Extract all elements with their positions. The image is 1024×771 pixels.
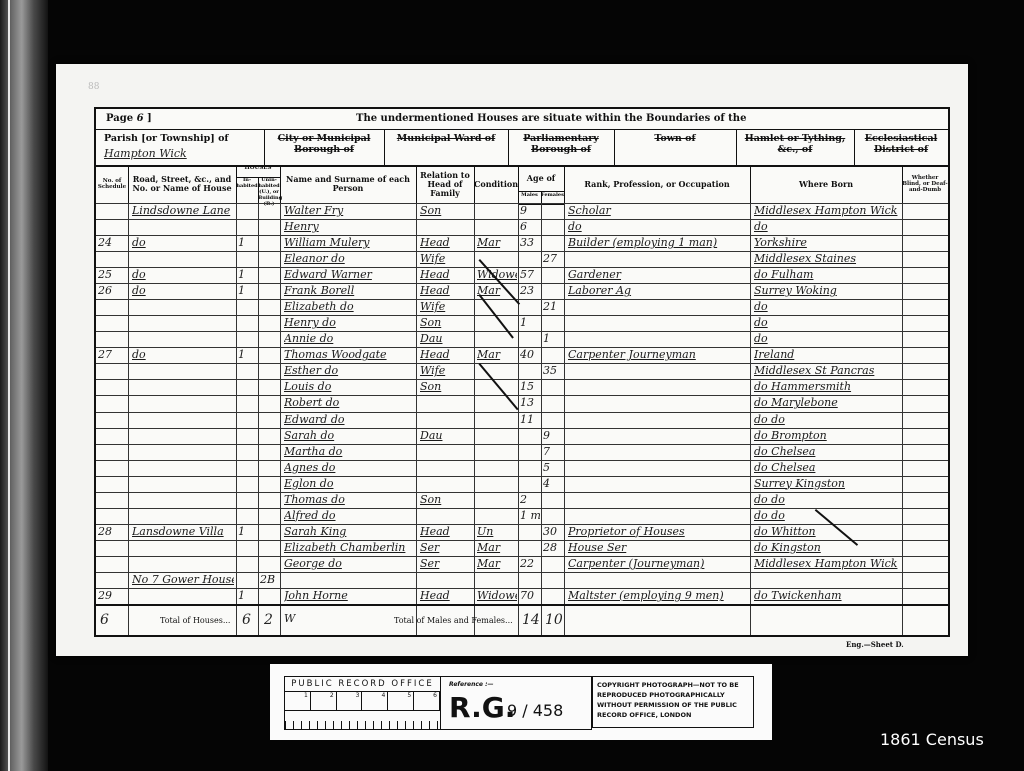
entry-relation: Son [420,204,472,217]
col-inhabited: In-habited [236,177,259,204]
entry-female: 27 [543,252,563,265]
col-condition: Condition [474,165,519,204]
entry-road: do [132,348,234,361]
entry-female: 28 [543,541,563,554]
entry-occupation: Maltster (employing 9 men) [568,589,748,602]
entry-born: Ireland [754,348,900,361]
entry-female: 21 [543,300,563,313]
entry-relation: Son [420,493,472,506]
boundaries-heading: The undermentioned Houses are situate wi… [356,113,746,124]
entry-schedule: 28 [98,525,126,538]
binding-edge [8,0,10,771]
entry-name: Henry [284,220,414,233]
entry-relation: Son [420,380,472,393]
image-caption: 1861 Census [880,730,984,749]
entry-name: Eglon do [284,477,414,490]
entry-name: Eleanor do [284,252,414,265]
copyright-notice: COPYRIGHT PHOTOGRAPH—NOT TO BE REPRODUCE… [592,676,754,728]
entry-born: do Chelsea [754,445,900,458]
col-blind: Whether Blind, or Deaf-and-Dumb [902,165,948,204]
entry-born: do do [754,493,900,506]
entry-female: 9 [543,429,563,442]
entry-inhabited: 1 [238,348,256,361]
entry-inhabited: 1 [238,525,256,538]
col-uninhabited: Unin-habited (U.), or Building (B.) [258,177,281,204]
entry-male: 40 [520,348,540,361]
entry-name: Annie do [284,332,414,345]
ruler-number: 2 [311,692,337,710]
ruler-number: 4 [362,692,388,710]
entry-born: do Chelsea [754,461,900,474]
entry-condition: Mar [477,541,517,554]
entry-inhabited: 1 [238,268,256,281]
pro-title: PUBLIC RECORD OFFICE [285,679,440,689]
entry-uninhabited: 2B [260,573,278,586]
entry-condition: Mar [477,236,517,249]
entry-female: 1 [543,332,563,345]
entry-relation: Dau [420,332,472,345]
entry-name: Henry do [284,316,414,329]
title-row: Page 6 ] The undermentioned Houses are s… [96,109,948,130]
entry-male: 22 [520,557,540,570]
entry-male: 13 [520,396,540,409]
entry-name: Elizabeth do [284,300,414,313]
entry-name: Thomas Woodgate [284,348,414,361]
reference-label: PUBLIC RECORD OFFICE 1 2 3 4 5 6 Referen… [270,664,772,740]
entry-name: John Horne [284,589,414,602]
city-cell: City or Municipal Borough of [264,129,385,165]
entry-born: do [754,300,900,313]
parish-value: Hampton Wick [104,147,187,160]
entry-male: 57 [520,268,540,281]
entry-road: do [132,268,234,281]
parliamentary-cell: Parliamentary Borough of [508,129,615,165]
total-schedule-mark: 6 [100,612,109,628]
entry-born: do Fulham [754,268,900,281]
entry-born: Middlesex Hampton Wick [754,557,900,570]
entry-born: Surrey Woking [754,284,900,297]
ruler-number: 1 [285,692,311,710]
entry-relation: Head [420,589,472,602]
entry-relation: Head [420,348,472,361]
entry-relation: Son [420,316,472,329]
total-building-mark: W [284,612,295,625]
town-cell: Town of [614,129,737,165]
entry-occupation: Builder (employing 1 man) [568,236,748,249]
entry-born: do Kingston [754,541,900,554]
entry-born: do Marylebone [754,396,900,409]
entry-condition: Widower [477,589,517,602]
entry-male: 11 [520,413,540,426]
entry-male: 6 [520,220,540,233]
entry-name: Edward do [284,413,414,426]
ruler-number: 5 [388,692,414,710]
entry-relation: Head [420,284,472,297]
entry-name: Agnes do [284,461,414,474]
entry-male: 15 [520,380,540,393]
entry-born: Middlesex Hampton Wick [754,204,900,217]
ruler-number: 6 [414,692,440,710]
totals-row: 6 Total of Houses... 6 2 W Total of Male… [96,604,948,637]
entry-born: do [754,220,900,233]
entry-relation: Head [420,268,472,281]
entry-born: Yorkshire [754,236,900,249]
total-houses-label: Total of Houses... [160,616,230,625]
col-relation: Relation to Head of Family [416,165,475,204]
total-females: 10 [545,612,563,628]
entry-name: Sarah King [284,525,414,538]
entry-born: Middlesex Staines [754,252,900,265]
col-schedule: No. of Schedule [96,165,129,204]
entry-born: Middlesex St Pancras [754,364,900,377]
reference-box: Reference :— R.G. 9 / 458 [440,676,592,730]
entry-schedule: 25 [98,268,126,281]
entry-occupation: Carpenter (Journeyman) [568,557,748,570]
city-label: City or Municipal Borough of [264,133,384,155]
entry-schedule: 24 [98,236,126,249]
entry-relation: Ser [420,541,472,554]
col-born: Where Born [750,165,903,204]
town-label: Town of [614,133,736,144]
parish-row: Parish [or Township] of Hampton Wick Cit… [96,129,948,167]
entry-relation: Head [420,525,472,538]
entry-schedule: 26 [98,284,126,297]
entry-relation: Wife [420,252,472,265]
entry-name: George do [284,557,414,570]
parish-cell: Parish [or Township] of Hampton Wick [96,129,265,165]
entry-born: do Brompton [754,429,900,442]
entry-male: 33 [520,236,540,249]
parliamentary-label: Parliamentary Borough of [508,133,614,155]
col-road: Road, Street, &c., and No. or Name of Ho… [128,165,237,204]
entry-inhabited: 1 [238,236,256,249]
entry-condition: Mar [477,348,517,361]
entry-female: 7 [543,445,563,458]
reference-piece: 9 / 458 [507,701,563,720]
entry-born: do Twickenham [754,589,900,602]
entry-road: No 7 Gower House [132,573,234,586]
col-age: Age of [518,165,565,192]
entry-road: Lansdowne Villa [132,525,234,538]
total-uninhabited: 2 [264,612,273,628]
entry-relation: Wife [420,300,472,313]
sheet-mark: Eng.—Sheet D. [846,640,904,649]
reference-prefix: Reference :— [449,681,493,688]
page-number: 6 [137,113,144,124]
hamlet-label: Hamlet or Tything, &c., of [736,133,854,155]
entry-name: Martha do [284,445,414,458]
entry-name: Louis do [284,380,414,393]
entry-relation: Dau [420,429,472,442]
entry-born: do [754,332,900,345]
entry-name: William Mulery [284,236,414,249]
ecclesiastical-label: Ecclesiastical District of [854,133,948,155]
entry-relation: Head [420,236,472,249]
entry-road: do [132,284,234,297]
entry-road: do [132,236,234,249]
entry-female: 30 [543,525,563,538]
entry-name: Alfred do [284,509,414,522]
entry-occupation: House Ser [568,541,748,554]
entry-born: do [754,316,900,329]
entry-condition: Mar [477,557,517,570]
census-entries: Lindsdowne LaneWalter FrySon9ScholarMidd… [96,203,948,604]
entry-male: 2 [520,493,540,506]
entry-occupation: Gardener [568,268,748,281]
parish-label: Parish [or Township] of [104,133,264,144]
entry-name: Edward Warner [284,268,414,281]
entry-born: do Whitton [754,525,900,538]
entry-name: Esther do [284,364,414,377]
entry-male: 9 [520,204,540,217]
reference-series: R.G. [449,691,515,724]
entry-occupation: Scholar [568,204,748,217]
entry-name: Elizabeth Chamberlin [284,541,414,554]
entry-name: Frank Borell [284,284,414,297]
ruler-number: 3 [337,692,363,710]
page-pencil-mark: 88 [88,82,99,92]
total-males: 14 [522,612,540,628]
entry-schedule: 29 [98,589,126,602]
pro-ruler-box: PUBLIC RECORD OFFICE 1 2 3 4 5 6 [284,676,441,730]
page-label: Page 6 ] [106,113,152,124]
entry-schedule: 27 [98,348,126,361]
entry-male: 1 mo [520,509,540,522]
col-occupation: Rank, Profession, or Occupation [564,165,751,204]
entry-male: 1 [520,316,540,329]
entry-condition: Un [477,525,517,538]
total-persons-label: Total of Males and Females... [394,616,513,625]
ruler-numbers: 1 2 3 4 5 6 [285,691,440,711]
entry-born: Surrey Kingston [754,477,900,490]
entry-occupation: do [568,220,748,233]
census-sheet: Page 6 ] The undermentioned Houses are s… [94,107,950,637]
entry-road: Lindsdowne Lane [132,204,234,217]
entry-occupation: Carpenter Journeyman [568,348,748,361]
total-inhabited: 6 [242,612,251,628]
col-name: Name and Surname of each Person [280,165,417,204]
entry-name: Sarah do [284,429,414,442]
entry-born: do Hammersmith [754,380,900,393]
ward-label: Municipal Ward of [384,133,508,144]
hamlet-cell: Hamlet or Tything, &c., of [736,129,855,165]
ward-cell: Municipal Ward of [384,129,509,165]
entry-name: Walter Fry [284,204,414,217]
entry-male: 23 [520,284,540,297]
entry-relation: Ser [420,557,472,570]
entry-born: do do [754,413,900,426]
entry-female: 5 [543,461,563,474]
entry-name: Thomas do [284,493,414,506]
page-label-text: Page [106,113,133,124]
entry-male: 70 [520,589,540,602]
entry-inhabited: 1 [238,589,256,602]
entry-relation: Wife [420,364,472,377]
ruler-ticks [285,713,440,729]
entry-inhabited: 1 [238,284,256,297]
entry-female: 4 [543,477,563,490]
entry-female: 35 [543,364,563,377]
entry-name: Robert do [284,396,414,409]
entry-occupation: Laborer Ag [568,284,748,297]
ecclesiastical-cell: Ecclesiastical District of [854,129,948,165]
entry-occupation: Proprietor of Houses [568,525,748,538]
